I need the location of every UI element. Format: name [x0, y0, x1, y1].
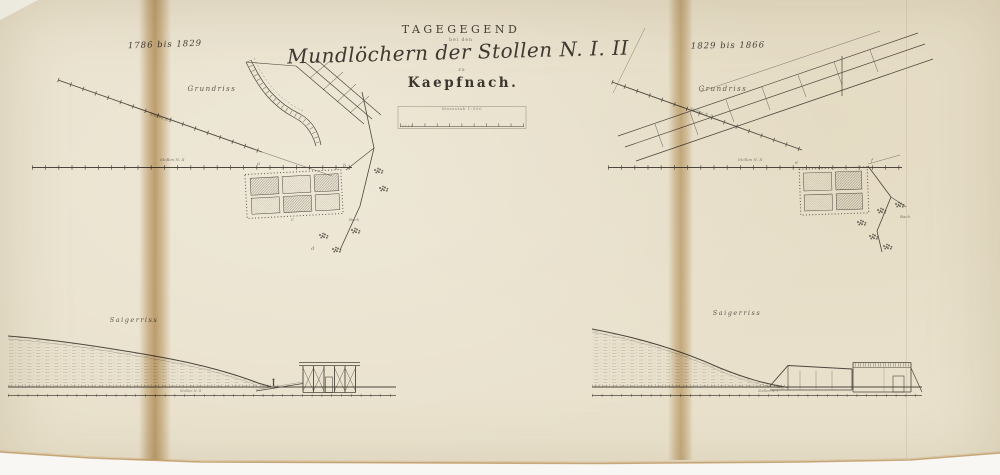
right-date-range: 1829 bis 1866	[691, 41, 765, 51]
left-profile-drawing	[8, 336, 396, 396]
right-plan-drawing	[608, 28, 933, 252]
right-profile-drawing	[592, 329, 922, 396]
title-heading: TAGEGEGEND	[402, 24, 521, 35]
left-stream-label: Bach	[349, 218, 359, 222]
paper-crease	[906, 0, 907, 458]
scanned-plan-canvas: TAGEGEGEND bei den Mundlöchern der Stoll…	[0, 0, 1000, 475]
left-plan-label: Grundriss	[188, 86, 237, 93]
left-profile-label: Saigerriss	[110, 317, 158, 324]
right-plan-label: Grundriss	[699, 86, 748, 93]
right-point-label-e: e	[795, 161, 798, 166]
left-profile-gallery-label: Stollen N. II	[180, 390, 201, 394]
right-profile-gallery-label: Stollen N. I	[758, 390, 778, 394]
scale-caption: Massstab 1:500	[442, 107, 482, 111]
plan-drawing	[0, 0, 1000, 475]
left-point-label-b: b	[343, 164, 346, 169]
right-gallery-ii-label: Stollen N. II	[738, 158, 762, 162]
right-point-label-f: f	[871, 159, 873, 164]
left-gallery-ii-label: Stollen N. II	[160, 158, 184, 162]
left-point-label-d: d	[311, 247, 314, 252]
left-point-label-c: c	[291, 218, 294, 223]
title-place: Kaepfnach.	[408, 77, 519, 91]
title-subline-2: zu	[458, 69, 465, 74]
right-profile-label: Saigerriss	[713, 310, 761, 317]
left-point-label-a: a	[257, 162, 260, 167]
